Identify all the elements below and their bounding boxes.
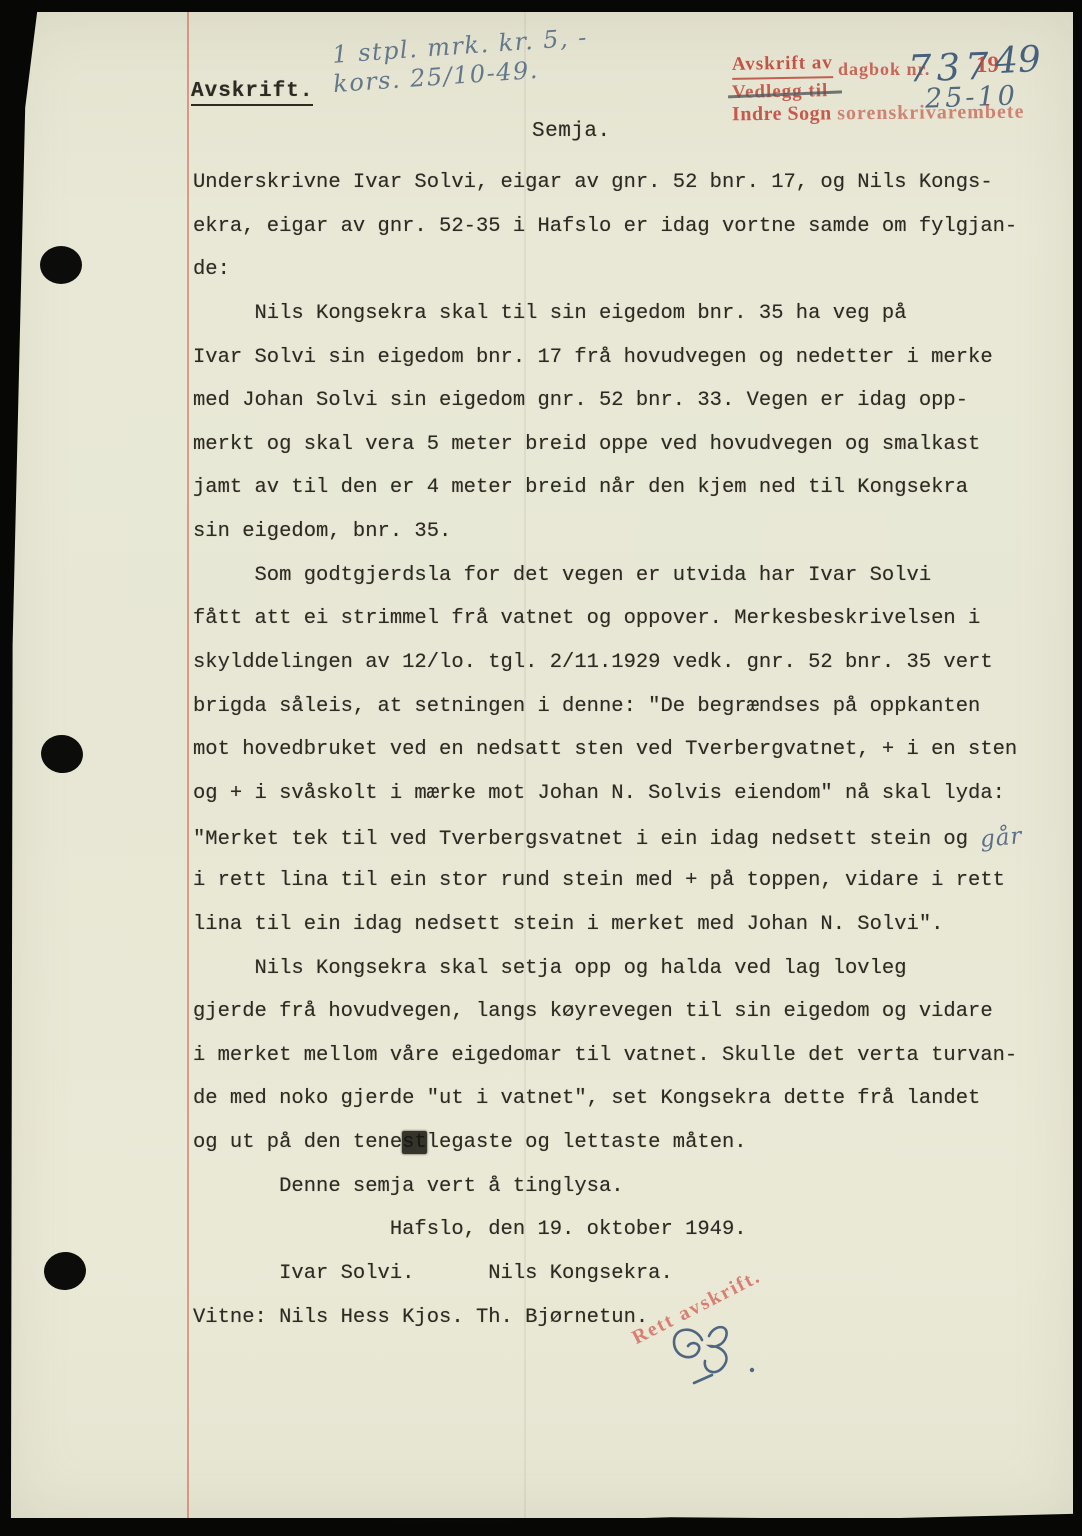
document-line: i rett lina til ein stor rund stein med … bbox=[193, 859, 1023, 903]
document-line: de: bbox=[193, 248, 1023, 292]
document-line: brigda såleis, at setningen i denne: "De… bbox=[193, 685, 1023, 729]
document-line: Nils Kongsekra skal til sin eigedom bnr.… bbox=[193, 292, 1023, 336]
document-line: de med noko gjerde "ut i vatnet", set Ko… bbox=[193, 1077, 1023, 1121]
document-line: Nils Kongsekra skal setja opp og halda v… bbox=[193, 947, 1023, 991]
document-line: skylddelingen av 12/lo. tgl. 2/11.1929 v… bbox=[193, 641, 1023, 685]
typed-body: Underskrivne Ivar Solvi, eigar av gnr. 5… bbox=[193, 161, 1023, 1339]
stamp-vedlegg-til-struck: Vedlegg til bbox=[732, 80, 829, 104]
scanned-document-page: { "page": { "background_color": "#080807… bbox=[0, 0, 1082, 1536]
document-line: ekra, eigar av gnr. 52-35 i Hafslo er id… bbox=[193, 205, 1023, 249]
document-line: "Merket tek til ved Tverbergsvatnet i ei… bbox=[193, 816, 1023, 860]
document-line: i merket mellom våre eigedomar til vatne… bbox=[193, 1034, 1023, 1078]
document-line: sin eigedom, bnr. 35. bbox=[193, 510, 1023, 554]
stamp-avskrift-av: Avskrift av bbox=[732, 52, 833, 80]
document-line: med Johan Solvi sin eigedom gnr. 52 bnr.… bbox=[193, 379, 1023, 423]
document-line: mot hovedbruket ved en nedsatt sten ved … bbox=[193, 728, 1023, 772]
scan-edge-right bbox=[1073, 0, 1082, 1536]
document-line: og ut på den tenestlegaste og lettaste m… bbox=[193, 1121, 1023, 1165]
document-line: Underskrivne Ivar Solvi, eigar av gnr. 5… bbox=[193, 161, 1023, 205]
document-line: jamt av til den er 4 meter breid når den… bbox=[193, 466, 1023, 510]
document-line: merkt og skal vera 5 meter breid oppe ve… bbox=[193, 423, 1023, 467]
document-line: Ivar Solvi sin eigedom bnr. 17 frå hovud… bbox=[193, 336, 1023, 380]
stamp-office-name-a: Indre Sogn bbox=[732, 102, 832, 125]
punch-hole bbox=[40, 246, 82, 284]
stamp-office-name-b: sorenskrivarembete bbox=[837, 101, 1024, 125]
document-line: Denne semja vert å tinglysa. bbox=[193, 1165, 1023, 1209]
signature-scribble-icon bbox=[662, 1320, 782, 1400]
copy-label: Avskrift. bbox=[191, 80, 313, 106]
document-line: lina til ein idag nedsett stein i merket… bbox=[193, 903, 1023, 947]
margin-line bbox=[187, 12, 189, 1518]
document-line: Vitne: Nils Hess Kjos. Th. Bjørnetun. bbox=[193, 1296, 1023, 1340]
document-line: og + i svåskolt i mærke mot Johan N. Sol… bbox=[193, 772, 1023, 816]
stamp-office-name: Indre Sogn sorenskrivarembete bbox=[732, 101, 1025, 127]
document-line: gjerde frå hovudvegen, langs køyrevegen … bbox=[193, 990, 1023, 1034]
document-line: fått att ei strimmel frå vatnet og oppov… bbox=[193, 597, 1023, 641]
document-line: Hafslo, den 19. oktober 1949. bbox=[193, 1208, 1023, 1252]
handwritten-year: 49 bbox=[994, 39, 1042, 82]
document-line: Ivar Solvi. Nils Kongsekra. bbox=[193, 1252, 1023, 1296]
document-title: Semja. bbox=[532, 120, 611, 143]
scan-edge-top bbox=[0, 0, 1082, 12]
document-line: Som godtgjerdsla for det vegen er utvida… bbox=[193, 554, 1023, 598]
